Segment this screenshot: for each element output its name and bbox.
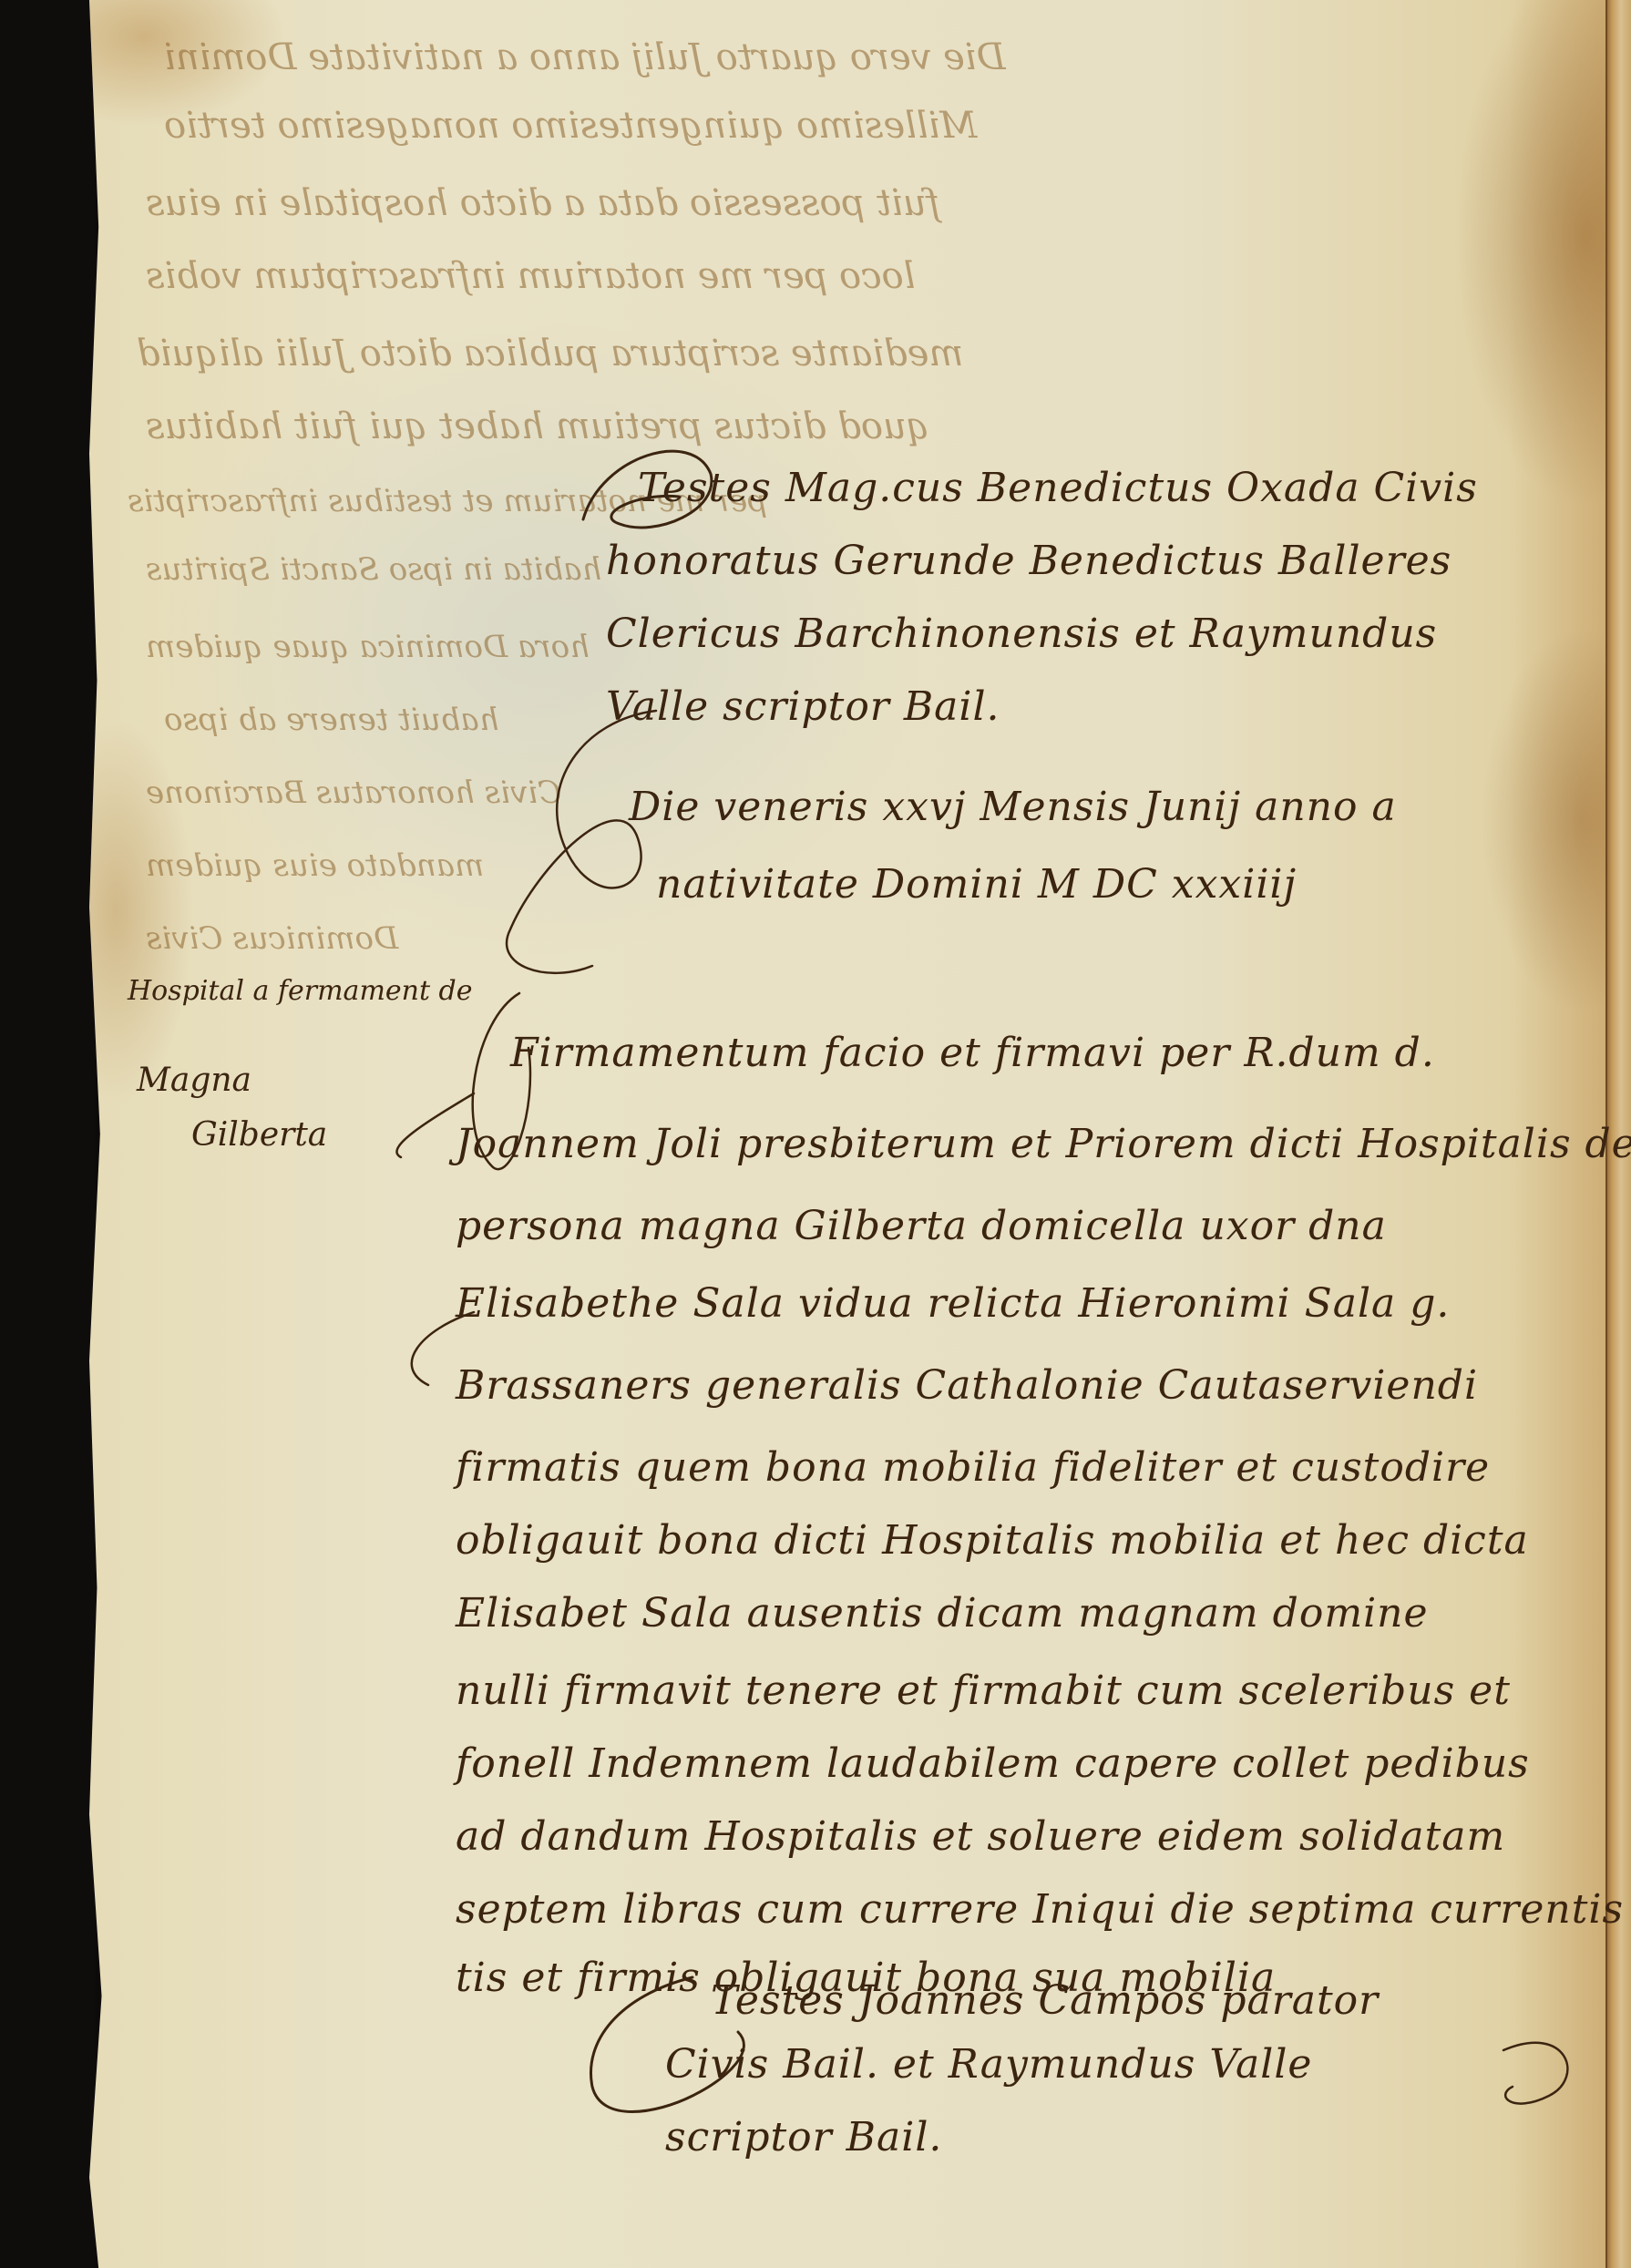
bleed-line: quod dictus pretium habet qui fuit habit… <box>146 405 929 447</box>
witness-line: Valle scriptor Bail. <box>606 683 1000 730</box>
bleed-line: fuit possessio data a dicto hospitale in… <box>146 182 939 224</box>
date-line: nativitate Domini M DC xxxiiij <box>656 861 1297 908</box>
witness-line: Testes Mag.cus Benedictus Oxada Civis <box>638 465 1478 511</box>
bleed-line: loco per me notarium infrascriptum vobis <box>146 255 915 297</box>
body-line: Joannem Joli presbiterum et Priorem dict… <box>456 1121 1631 1167</box>
margin-note-name: Magna <box>137 1062 251 1099</box>
bleed-line: Civis honoratus Barcinone <box>146 775 561 811</box>
bleed-line: Dominicus Civis <box>146 920 398 957</box>
body-line: septem libras cum currere Iniqui die sep… <box>456 1886 1624 1933</box>
margin-note-title: Hospital a fermament de <box>128 975 473 1007</box>
body-line: nulli firmavit tenere et firmabit cum sc… <box>456 1668 1511 1714</box>
body-line: Elisabet Sala ausentis dicam magnam domi… <box>456 1590 1429 1637</box>
bleed-line: hora Dominica quae quidem <box>146 629 590 665</box>
witness-line: Clericus Barchinonensis et Raymundus <box>606 611 1437 657</box>
margin-note-name: Gilberta <box>191 1116 327 1154</box>
bleed-line: habuit tenere ab ipso <box>164 702 499 738</box>
body-line: persona magna Gilberta domicella uxor dn… <box>456 1203 1387 1249</box>
bleed-line: mediante scriptura publica dicto Julii a… <box>137 333 963 375</box>
body-line: ad dandum Hospitalis et soluere eidem so… <box>456 1813 1505 1860</box>
body-line: firmatis quem bona mobilia fideliter et … <box>456 1444 1490 1491</box>
dark-backdrop <box>0 0 96 2268</box>
body-line: Elisabethe Sala vidua relicta Hieronimi … <box>456 1280 1450 1327</box>
bleed-line: Millesimo quingentesimo nonagesimo terti… <box>164 105 977 147</box>
body-line: fonell Indemnem laudabilem capere collet… <box>456 1740 1530 1787</box>
witness-line: scriptor Bail. <box>665 2114 942 2160</box>
bleed-line: habita in ipso Sancti Spiritus <box>146 551 601 588</box>
body-line: Brassaners generalis Cathalonie Cautaser… <box>456 1362 1478 1409</box>
body-line: Firmamentum facio et firmavi per R.dum d… <box>510 1030 1435 1076</box>
witness-line: Testes Joannes Campos parator <box>711 1977 1379 2024</box>
bleed-line: Die vero quarto Julij anno a nativitate … <box>164 36 1006 78</box>
date-line: Die veneris xxvj Mensis Junij anno a <box>629 784 1397 830</box>
witness-line: Civis Bail. et Raymundus Valle <box>665 2041 1312 2088</box>
witness-line: honoratus Gerunde Benedictus Balleres <box>606 538 1451 584</box>
bleed-line: mandato eius quidem <box>146 847 484 884</box>
body-line: obligauit bona dicti Hospitalis mobilia … <box>456 1517 1529 1564</box>
